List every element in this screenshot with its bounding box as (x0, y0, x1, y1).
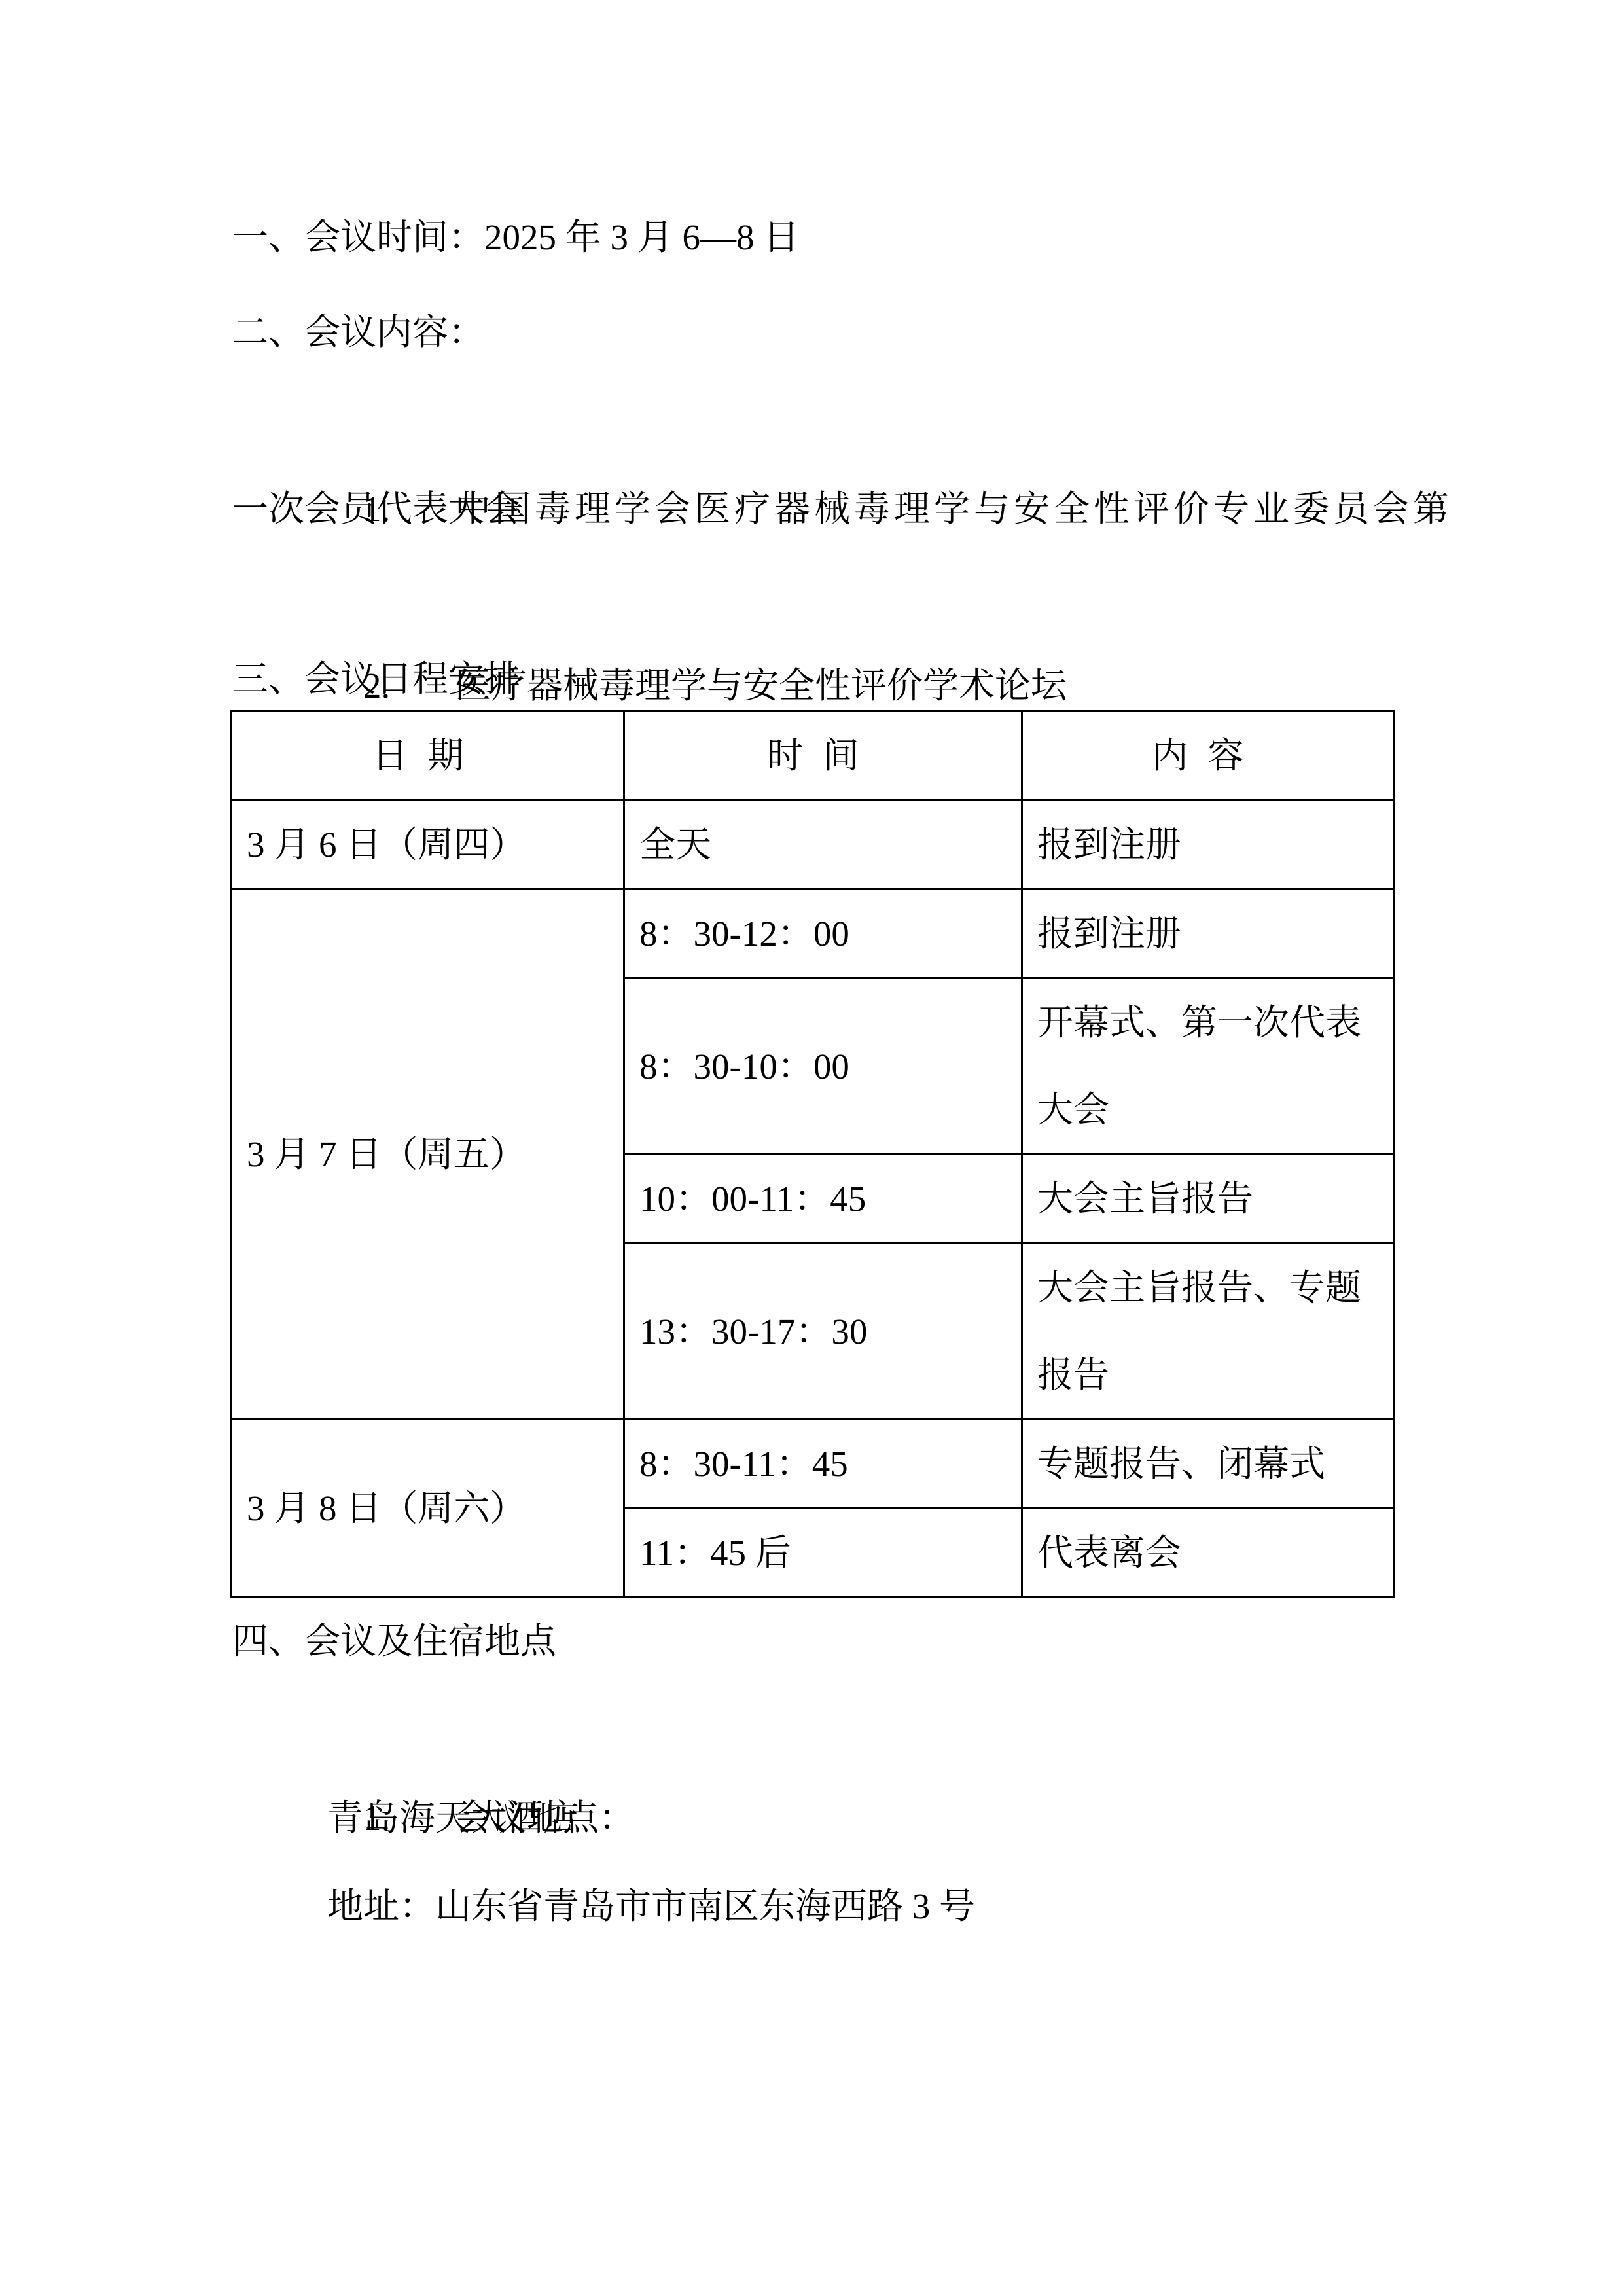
section-4-heading: 四、会议及住宿地点 (232, 1597, 556, 1685)
header-time: 时间 (624, 711, 1022, 800)
table-header-row: 日期 时间 内容 (232, 711, 1394, 800)
cell-date: 3 月 6 日（周四） (232, 800, 624, 889)
header-date: 日期 (232, 711, 624, 800)
section-1-heading: 一、会议时间：2025 年 3 月 6—8 日 (232, 193, 799, 281)
cell-time: 8：30-12：00 (624, 889, 1022, 978)
item-text: 医疗器械毒理学与安全性评价学术论坛 (455, 666, 1067, 706)
cell-date-day3: 3 月 8 日（周六） (232, 1420, 624, 1598)
cell-time: 11：45 后 (624, 1509, 1022, 1598)
schedule-table: 日期 时间 内容 3 月 6 日（周四） 全天 报到注册 3 月 7 日（周五）… (230, 710, 1395, 1598)
cell-content: 大会主旨报告 (1022, 1155, 1394, 1244)
table-row-day1: 3 月 6 日（周四） 全天 报到注册 (232, 800, 1394, 889)
section-2-item-1-continuation: 一次会员代表大会 (232, 465, 520, 553)
header-content: 内容 (1022, 711, 1394, 800)
table-row-day3-slot1: 3 月 8 日（周六） 8：30-11：45 专题报告、闭幕式 (232, 1420, 1394, 1509)
cell-content: 专题报告、闭幕式 (1022, 1420, 1394, 1509)
cell-time: 10：00-11：45 (624, 1155, 1022, 1244)
section-2-item-2: 2.医疗器械毒理学与安全性评价学术论坛 (327, 553, 1067, 641)
cell-time: 全天 (624, 800, 1022, 889)
cell-content: 开幕式、第一次代表大会 (1022, 978, 1394, 1155)
section-2-item-1: 1.中国毒理学会医疗器械毒理学与安全性评价专业委员会第 (327, 376, 1453, 465)
cell-content: 代表离会 (1022, 1509, 1394, 1598)
cell-time: 8：30-10：00 (624, 978, 1022, 1155)
section-4-item-1: 1.会议地点： (327, 1685, 635, 1774)
cell-content: 报到注册 (1022, 800, 1394, 889)
cell-time: 8：30-11：45 (624, 1420, 1022, 1509)
cell-date-day2: 3 月 7 日（周五） (232, 889, 624, 1420)
cell-content: 大会主旨报告、专题报告 (1022, 1244, 1394, 1420)
item-text: 中国毒理学会医疗器械毒理学与安全性评价专业委员会第 (455, 489, 1453, 529)
venue-name: 青岛海天大酒店 (327, 1774, 579, 1862)
cell-time: 13：30-17：30 (624, 1244, 1022, 1420)
document-page: 一、会议时间：2025 年 3 月 6—8 日 二、会议内容： 1.中国毒理学会… (0, 0, 1623, 2296)
section-2-heading: 二、会议内容： (232, 288, 484, 376)
cell-content: 报到注册 (1022, 889, 1394, 978)
table-row-day2-slot1: 3 月 7 日（周五） 8：30-12：00 报到注册 (232, 889, 1394, 978)
venue-address: 地址：山东省青岛市市南区东海西路 3 号 (327, 1862, 975, 1950)
